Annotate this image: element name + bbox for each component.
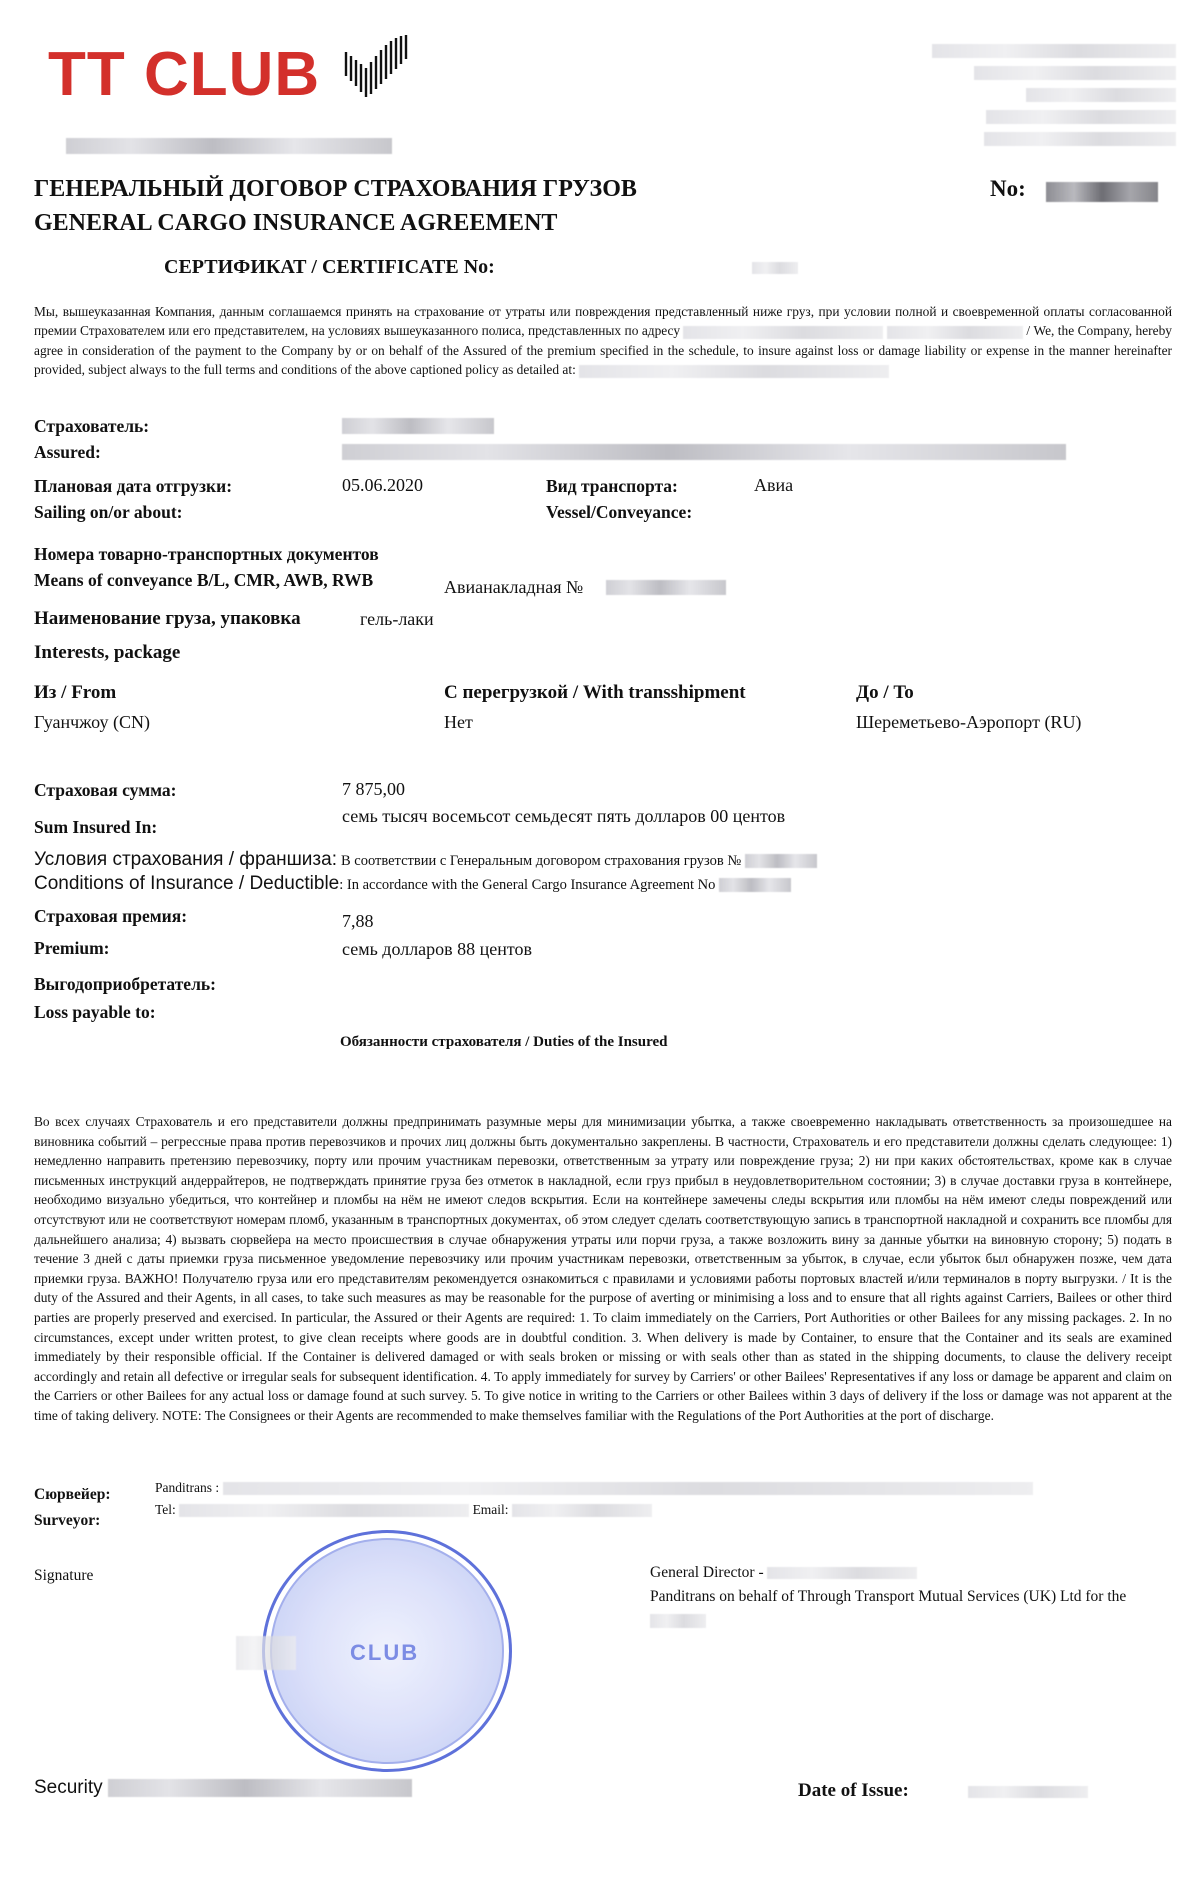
stamp-text: CLUB — [350, 1640, 419, 1666]
conditions-row-ru: Условия страхования / франшиза: В соотве… — [34, 848, 817, 871]
assured-address-redacted — [342, 444, 1066, 460]
date-of-issue-label: Date of Issue: — [798, 1778, 909, 1803]
assured-name-redacted — [342, 418, 494, 434]
assured-label-ru: Страхователь: — [34, 414, 149, 439]
premium-label-en: Premium: — [34, 936, 110, 961]
title-ru: ГЕНЕРАЛЬНЫЙ ДОГОВОР СТРАХОВАНИЯ ГРУЗОВ — [34, 172, 637, 206]
to-label: До / To — [856, 680, 914, 705]
surveyor-company-row: Panditrans : — [155, 1480, 1033, 1496]
agreement-no-redacted — [745, 854, 817, 868]
agreement-no-redacted — [1046, 182, 1158, 202]
company-name-redacted — [66, 138, 392, 154]
director-row: General Director - — [650, 1564, 917, 1582]
certificate-label: СЕРТИФИКАТ / CERTIFICATE No: — [164, 256, 495, 279]
tel-redacted — [179, 1504, 469, 1517]
surveyor-label-en: Surveyor: — [34, 1508, 100, 1533]
address-redacted — [683, 326, 883, 339]
director-label: General Director - — [650, 1564, 764, 1581]
tel-label: Tel: — [155, 1502, 176, 1517]
surveyor-company: Panditrans : — [155, 1480, 219, 1495]
premium-value: 7,88 — [342, 909, 374, 934]
conditions-row-en: Conditions of Insurance / Deductible: In… — [34, 872, 791, 895]
documents-label-en: Means of conveyance B/L, CMR, AWB, RWB — [34, 568, 373, 593]
conveyance-label-ru: Вид транспорта: — [546, 474, 678, 499]
to-value: Шереметьево-Аэропорт (RU) — [856, 710, 1081, 735]
signature-label: Signature — [34, 1563, 93, 1588]
tt-club-logo: TT CLUB — [48, 40, 320, 110]
security-row: Security — [34, 1777, 412, 1799]
awb-number-redacted — [606, 580, 726, 595]
sum-insured-words: семь тысяч восемьсот семьдесят пять долл… — [342, 804, 785, 829]
conditions-value-ru: В соответствии с Генеральным договором с… — [341, 853, 741, 869]
conveyance-value: Авиа — [754, 473, 793, 498]
intro-separator: / — [1026, 323, 1030, 338]
documents-label-ru: Номера товарно-транспортных документов — [34, 542, 379, 567]
intro-paragraph: Мы, вышеуказанная Компания, данным согла… — [34, 302, 1172, 380]
loss-payable-label-en: Loss payable to: — [34, 1000, 156, 1025]
loss-payable-label-ru: Выгодоприобретатель: — [34, 972, 216, 997]
address-line-redacted — [932, 44, 1176, 58]
address-line-redacted — [1026, 88, 1176, 102]
on-behalf-text: Panditrans on behalf of Through Transpor… — [650, 1588, 1126, 1606]
surveyor-contact-row: Tel: Email: — [155, 1502, 652, 1518]
assured-label-en: Assured: — [34, 440, 101, 465]
address-line-redacted — [984, 132, 1176, 146]
transshipment-value: Нет — [444, 710, 473, 735]
premium-label-ru: Страховая премия: — [34, 904, 187, 929]
security-company-redacted — [108, 1779, 412, 1797]
awb-label: Авианакладная № — [444, 575, 583, 600]
sailing-label-ru: Плановая дата отгрузки: — [34, 474, 232, 499]
certificate-no-redacted — [752, 262, 798, 274]
email-label: Email: — [473, 1502, 509, 1517]
title-en: GENERAL CARGO INSURANCE AGREEMENT — [34, 206, 557, 240]
cargo-label-ru: Наименование груза, упаковка — [34, 606, 301, 631]
sum-insured-value: 7 875,00 — [342, 777, 405, 802]
sailing-date: 05.06.2020 — [342, 473, 423, 498]
sum-insured-label-en: Sum Insured In: — [34, 815, 157, 840]
director-name-redacted — [767, 1567, 917, 1579]
conditions-value-en: : In accordance with the General Cargo I… — [339, 877, 715, 893]
duties-paragraph: Во всех случаях Страхователь и его предс… — [34, 1112, 1172, 1426]
signature-scribble — [236, 1636, 296, 1670]
policy-link-redacted — [579, 365, 889, 378]
email-redacted — [512, 1504, 652, 1517]
from-label: Из / From — [34, 680, 116, 705]
date-of-issue-redacted — [968, 1786, 1088, 1798]
transshipment-label: С перегрузкой / With transshipment — [444, 680, 746, 705]
conditions-label-ru: Условия страхования / франшиза: — [34, 849, 337, 870]
conveyance-label-en: Vessel/Conveyance: — [546, 500, 692, 525]
address-redacted — [887, 326, 1023, 339]
from-value: Гуанчжоу (CN) — [34, 710, 150, 735]
sum-insured-label-ru: Страховая сумма: — [34, 778, 177, 803]
cargo-label-en: Interests, package — [34, 640, 180, 665]
agreement-no-label: No: — [990, 176, 1026, 202]
sailing-label-en: Sailing on/or about: — [34, 500, 182, 525]
surveyor-label-ru: Сюрвейер: — [34, 1482, 111, 1507]
address-line-redacted — [986, 110, 1176, 124]
security-label: Security — [34, 1777, 103, 1798]
cargo-value: гель-лаки — [360, 607, 434, 632]
premium-words: семь долларов 88 центов — [342, 937, 532, 962]
address-line-redacted — [974, 66, 1176, 80]
conditions-label-en: Conditions of Insurance / Deductible — [34, 873, 339, 894]
on-behalf-redacted — [650, 1614, 706, 1628]
agreement-no-redacted — [719, 878, 791, 892]
logo-check-mark-icon — [342, 34, 410, 100]
duties-title: Обязанности страхователя / Duties of the… — [340, 1034, 668, 1051]
surveyor-address-redacted — [223, 1482, 1033, 1495]
